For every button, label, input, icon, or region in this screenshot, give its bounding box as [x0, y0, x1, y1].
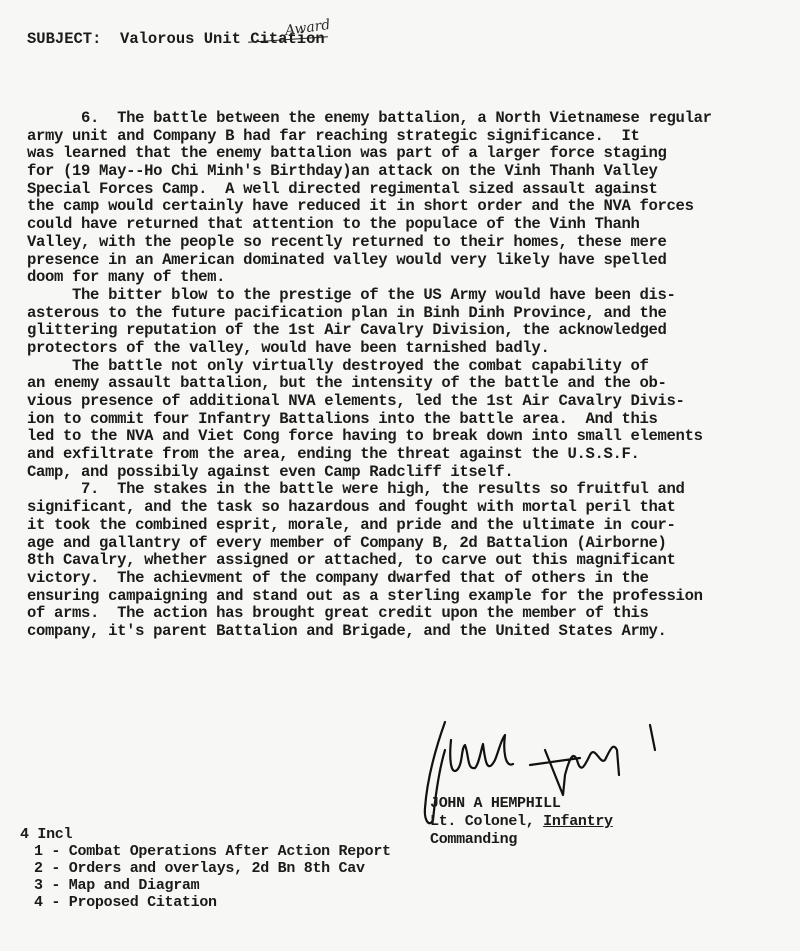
subject-line: SUBJECT: Valorous Unit Citation [27, 30, 325, 48]
enclosure-item: 3 - Map and Diagram [20, 877, 391, 894]
signature-block: JOHN A HEMPHILL Lt. Colonel, Infantry Co… [430, 795, 613, 849]
body-line: an enemy assault battalion, but the inte… [27, 375, 797, 393]
signer-title: Commanding [430, 831, 517, 848]
body-line: 6. The battle between the enemy battalio… [27, 110, 797, 128]
body-text: 6. The battle between the enemy battalio… [27, 110, 797, 641]
body-line: the camp would certainly have reduced it… [27, 198, 797, 216]
enclosure-item: 4 - Proposed Citation [20, 894, 391, 911]
body-line: of arms. The action has brought great cr… [27, 605, 797, 623]
document-page: SUBJECT: Valorous Unit Citation Award 6.… [0, 0, 800, 951]
body-line: was learned that the enemy battalion was… [27, 145, 797, 163]
signer-branch: Infantry [543, 813, 613, 830]
body-line: glittering reputation of the 1st Air Cav… [27, 322, 797, 340]
body-line: 8th Cavalry, whether assigned or attache… [27, 552, 797, 570]
body-line: ensuring campaigning and stand out as a … [27, 588, 797, 606]
signer-rank: Lt. Colonel, [430, 813, 543, 830]
enclosure-item: 1 - Combat Operations After Action Repor… [20, 843, 391, 860]
body-line: it took the combined esprit, morale, and… [27, 517, 797, 535]
body-line: could have returned that attention to th… [27, 216, 797, 234]
body-line: led to the NVA and Viet Cong force havin… [27, 428, 797, 446]
body-line: army unit and Company B had far reaching… [27, 128, 797, 146]
body-line: The bitter blow to the prestige of the U… [27, 287, 797, 305]
body-line: presence in an American dominated valley… [27, 252, 797, 270]
subject-label: SUBJECT: [27, 30, 101, 48]
body-line: Special Forces Camp. A well directed reg… [27, 181, 797, 199]
body-line: asterous to the future pacification plan… [27, 305, 797, 323]
body-line: Camp, and possibily against even Camp Ra… [27, 464, 797, 482]
enclosure-item: 2 - Orders and overlays, 2d Bn 8th Cav [20, 860, 391, 877]
body-line: company, it's parent Battalion and Briga… [27, 623, 797, 641]
body-line: and exfiltrate from the area, ending the… [27, 446, 797, 464]
body-line: victory. The achievment of the company d… [27, 570, 797, 588]
body-line: for (19 May--Ho Chi Minh's Birthday)an a… [27, 163, 797, 181]
body-line: 7. The stakes in the battle were high, t… [27, 481, 797, 499]
body-line: protectors of the valley, would have bee… [27, 340, 797, 358]
body-line: Valley, with the people so recently retu… [27, 234, 797, 252]
subject-text: Valorous Unit [120, 30, 241, 48]
enclosures-header: 4 Incl [20, 826, 72, 843]
body-line: significant, and the task so hazardous a… [27, 499, 797, 517]
body-line: doom for many of them. [27, 269, 797, 287]
body-line: The battle not only virtually destroyed … [27, 358, 797, 376]
body-line: age and gallantry of every member of Com… [27, 535, 797, 553]
enclosures-list: 4 Incl 1 - Combat Operations After Actio… [20, 826, 391, 911]
signer-name: JOHN A HEMPHILL [430, 795, 561, 812]
body-line: vious presence of additional NVA element… [27, 393, 797, 411]
body-line: ion to commit four Infantry Battalions i… [27, 411, 797, 429]
